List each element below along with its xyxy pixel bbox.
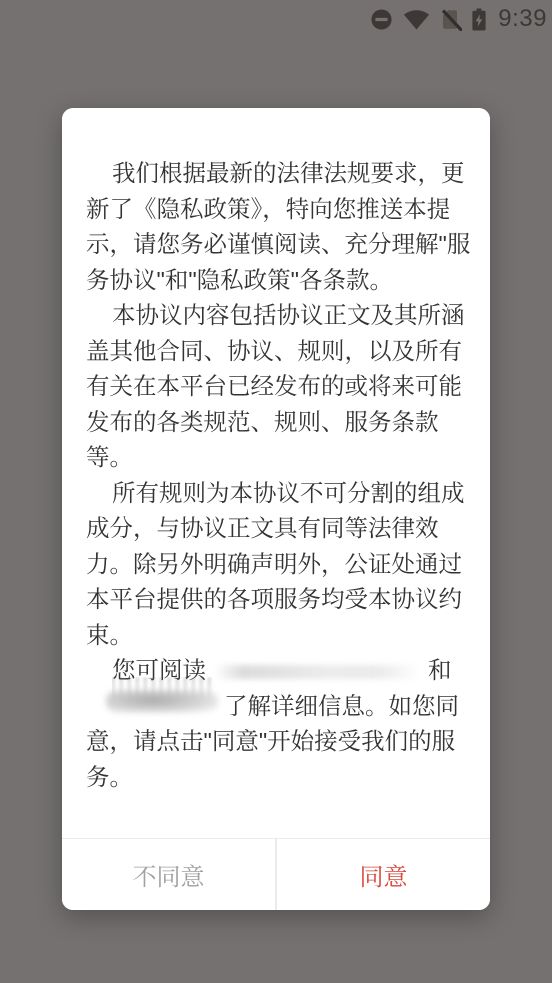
paragraph-rules-binding: 所有规则为本协议不可分割的组成成分，与协议正文具有同等法律效力。除另外明确声明外… xyxy=(86,476,472,654)
links-connector-text: 和 xyxy=(428,657,452,683)
redacted-service-agreement-link[interactable] xyxy=(214,665,420,679)
status-bar: 9:39 xyxy=(0,0,552,38)
agree-button[interactable]: 同意 xyxy=(277,839,490,910)
wifi-icon xyxy=(403,9,430,30)
no-sim-icon xyxy=(440,8,462,31)
do-not-disturb-icon xyxy=(370,8,393,31)
dialog-button-row: 不同意 同意 xyxy=(62,838,490,910)
paragraph-agreement-links: 您可阅读和了解详细信息。如您同意，请点击"同意"开始接受我们的服务。 xyxy=(86,653,472,795)
paragraph-policy-update: 我们根据最新的法律法规要求，更新了《隐私政策》，特向您推送本提示，请您务必谨慎阅… xyxy=(86,156,472,298)
status-bar-clock: 9:39 xyxy=(498,5,547,33)
disagree-button[interactable]: 不同意 xyxy=(62,839,275,910)
paragraph-agreement-scope: 本协议内容包括协议正文及其所涵盖其他合同、协议、规则，以及所有有关在本平台已经发… xyxy=(86,298,472,476)
battery-charging-icon xyxy=(472,8,486,31)
redacted-privacy-policy-link[interactable] xyxy=(106,690,218,713)
links-prefix-text: 您可阅读 xyxy=(112,657,206,683)
privacy-policy-dialog: 我们根据最新的法律法规要求，更新了《隐私政策》，特向您推送本提示，请您务必谨慎阅… xyxy=(62,108,490,910)
dialog-body: 我们根据最新的法律法规要求，更新了《隐私政策》，特向您推送本提示，请您务必谨慎阅… xyxy=(62,108,490,838)
